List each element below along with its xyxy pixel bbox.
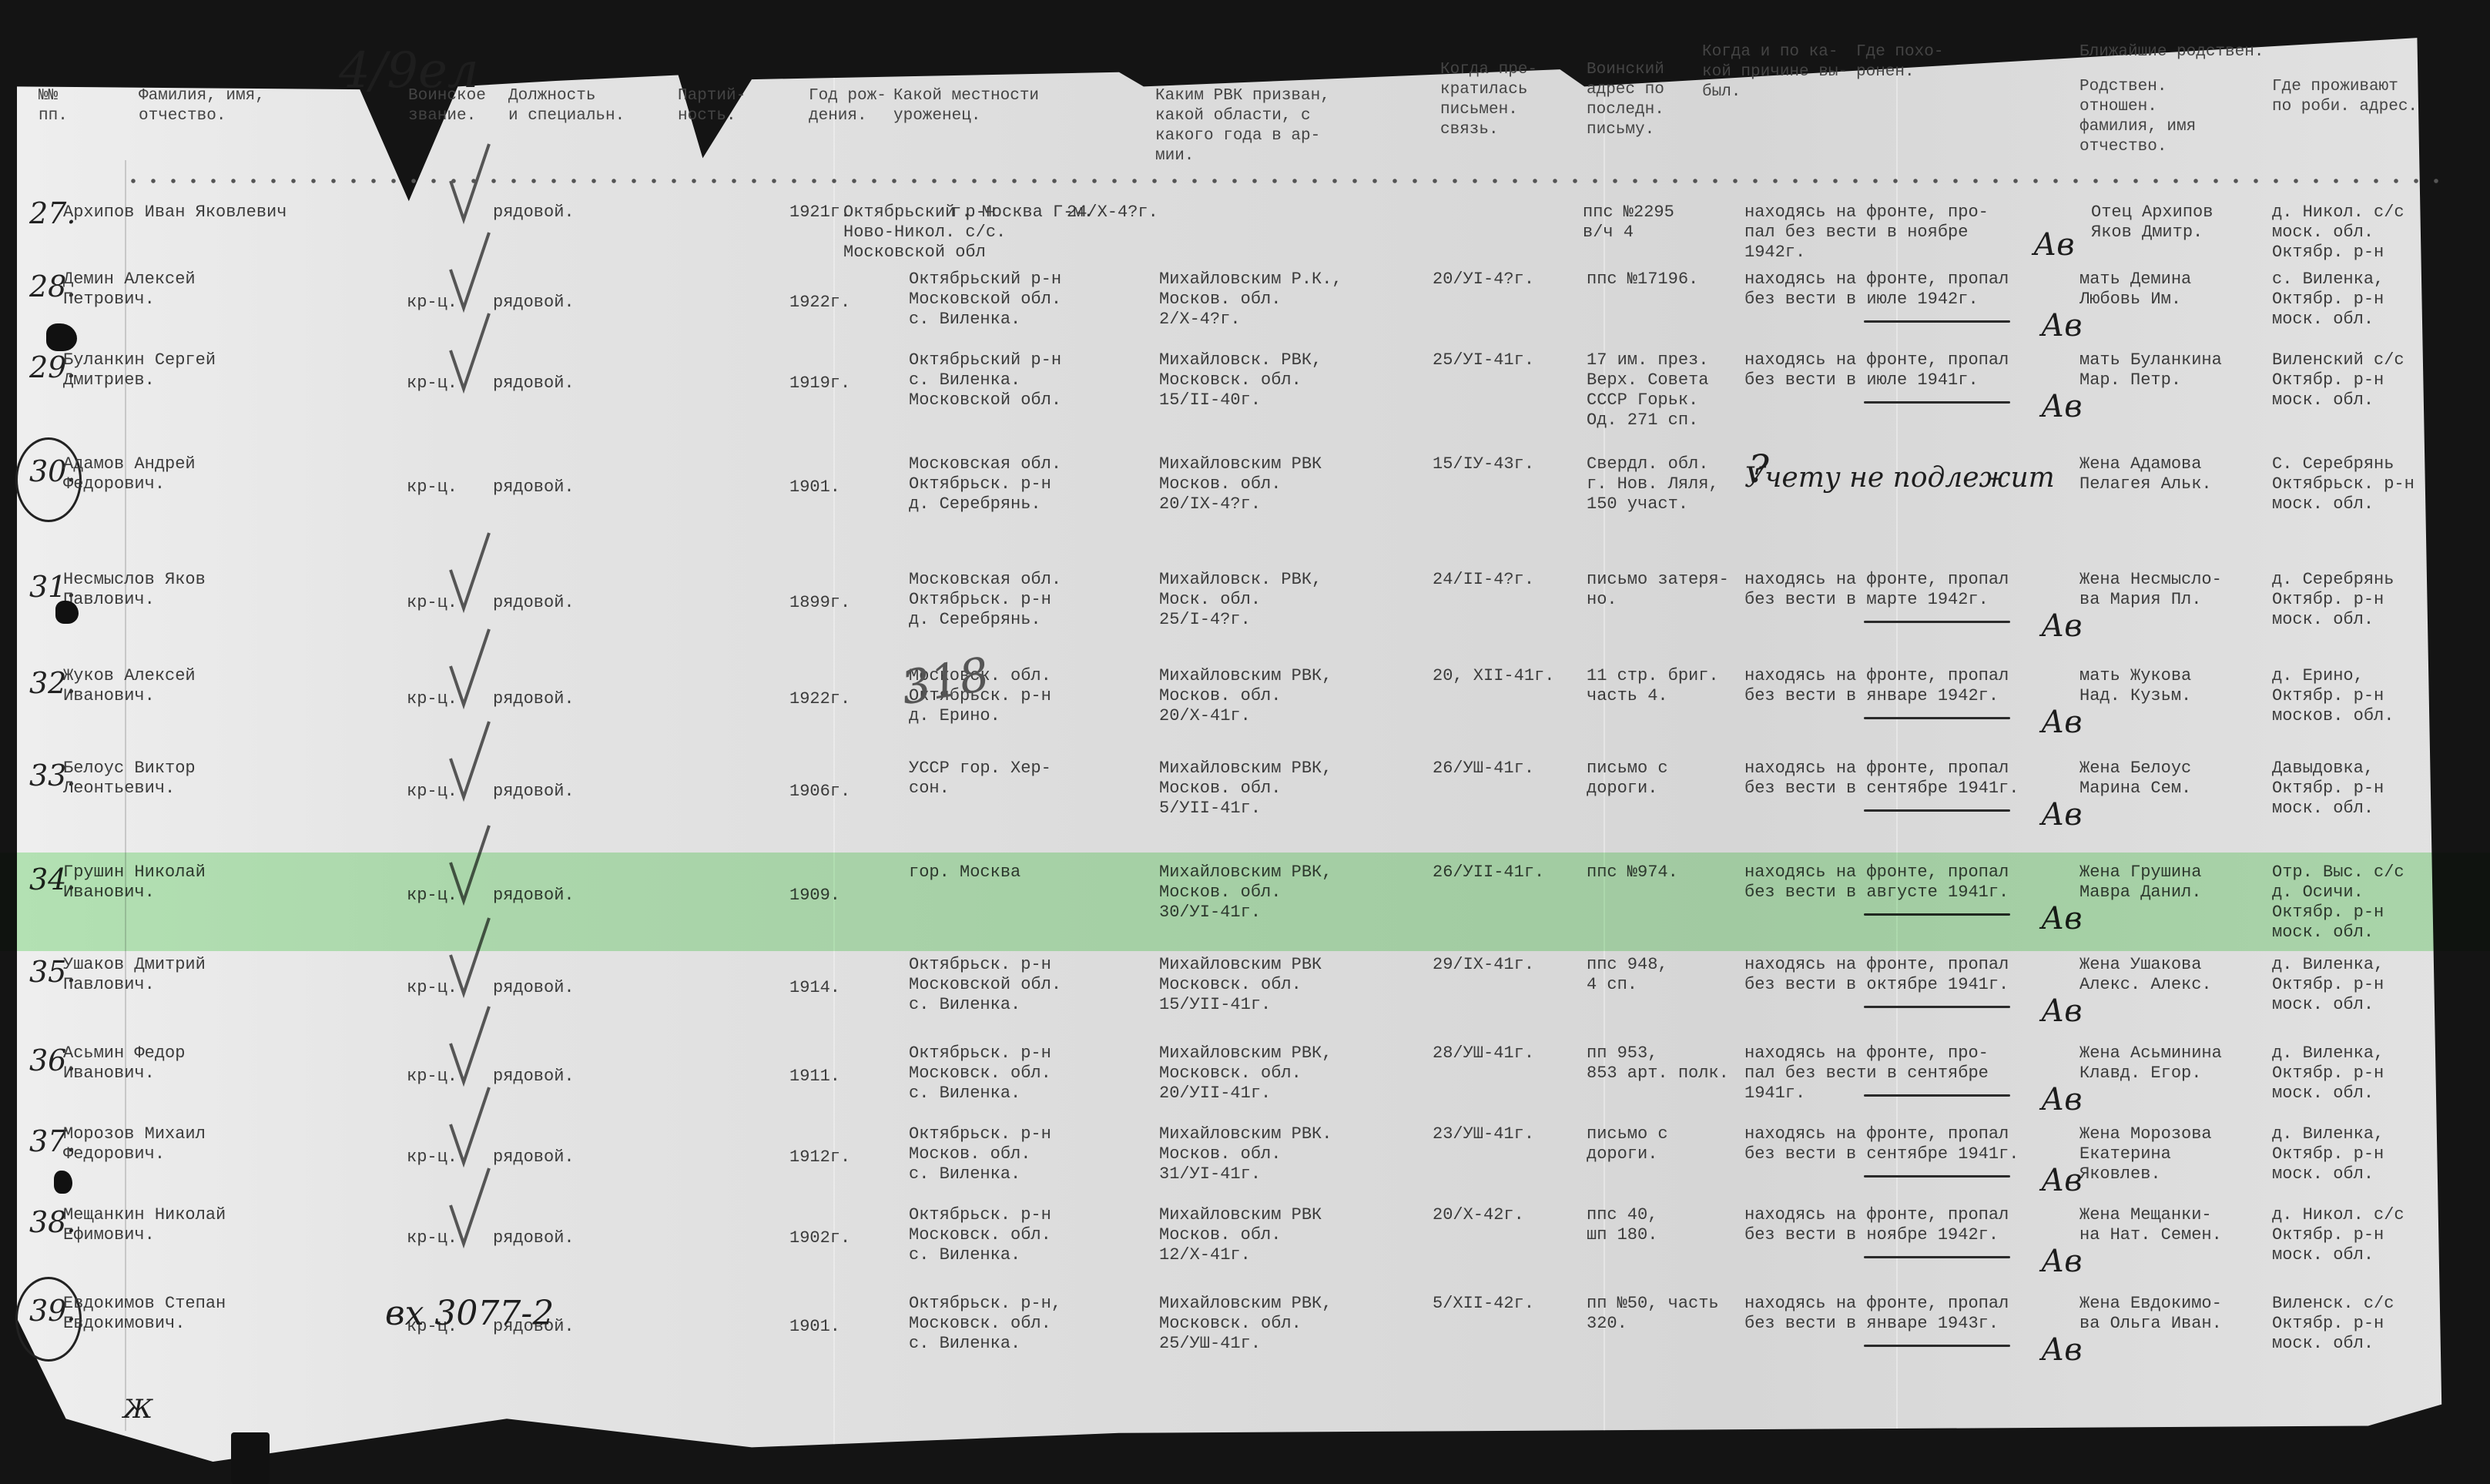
ink-underline <box>1864 1175 2010 1177</box>
unit-address-cell: пп №50, часть 320. <box>1587 1294 1719 1334</box>
residence-cell: д. Виленка, Октябр. р-н моск. обл. <box>2272 955 2384 1015</box>
reason-cell: находясь на фронте, пропал без вести в и… <box>1744 350 2009 390</box>
position-cell: рядовой. <box>493 593 575 613</box>
check-mark-icon <box>447 231 493 316</box>
ink-underline <box>1864 1006 2010 1008</box>
check-mark-icon <box>447 312 493 397</box>
birth-year-cell: 1914. <box>789 978 840 998</box>
residence-cell: Отр. Выс. с/с д. Осичи. Октябр. р-н моск… <box>2272 863 2405 943</box>
relatives-cell: мать Буланкина Мар. Петр. <box>2079 350 2222 390</box>
unit-address-cell: ппс 40, шп 180. <box>1587 1205 1657 1245</box>
name-cell: Демин Алексей Петрович. <box>63 270 196 310</box>
position-cell: рядовой. <box>493 782 575 802</box>
header-birthplace: Какой местности уроженец. <box>893 86 1039 126</box>
relatives-cell: Жена Ушакова Алекс. Алекс. <box>2079 955 2212 995</box>
birthplace-cell: УССР гор. Хер- сон. <box>909 759 1051 799</box>
question-mark: ? <box>1748 447 1769 491</box>
ink-underline <box>1864 809 2010 812</box>
last-letter-cell: 20/X-42г. <box>1433 1205 1524 1225</box>
birth-year-cell: 1909. <box>789 886 840 906</box>
last-letter-cell: 24/II-4?г. <box>1433 570 1534 590</box>
handwritten-overwrite: вх 3077-2 <box>385 1294 554 1333</box>
header-relatives: Ближайшие родствен. <box>2079 42 2264 62</box>
signature-initials: Ав <box>2041 705 2083 740</box>
birthplace-cell: Московская обл. Октябрьск. р-н д. Серебр… <box>909 454 1061 514</box>
drafted-cell: Михайловским РВК, Москов. обл. 5/УII-41г… <box>1159 759 1332 819</box>
position-cell: рядовой. <box>493 293 575 313</box>
reason-cell: находясь на фронте, про- пал без вести в… <box>1744 203 1989 263</box>
name-cell: Ушаков Дмитрий Павлович. <box>63 955 206 995</box>
header-residence: Где проживают по роби. адрес. <box>2272 77 2418 117</box>
residence-cell: С. Серебрянь Октябрьск. р-н моск. обл. <box>2272 454 2415 514</box>
check-mark-icon <box>447 531 493 616</box>
residence-cell: д. Виленка, Октябр. р-н моск. обл. <box>2272 1124 2384 1184</box>
unit-address-cell: письмо с дороги. <box>1587 1124 1668 1164</box>
reason-cell: находясь на фронте, пропал без вести в н… <box>1744 1205 2009 1245</box>
signature-initials: Ав <box>2041 1082 2083 1117</box>
name-cell: Жуков Алексей Иванович. <box>63 666 196 706</box>
ink-underline <box>1864 913 2010 916</box>
header-last-letter: Когда пре- кратилась письмен. связь. <box>1440 60 1537 140</box>
relatives-cell: мать Демина Любовь Им. <box>2079 270 2191 310</box>
drafted-cell: Михайловским РВК. Москов. обл. 31/УI-41г… <box>1159 1124 1332 1184</box>
signature-initials: Ав <box>2041 797 2083 832</box>
header-rank: Воинское звание. <box>408 86 486 126</box>
last-letter-cell: 20, XII-41г. <box>1433 666 1554 686</box>
birthplace-cell: Октябрьский р-н с. Виленка. Московской о… <box>909 350 1061 410</box>
unit-address-cell: пп 953, 853 арт. полк. <box>1587 1043 1729 1084</box>
birthplace-cell: Московская обл. Октябрьск. р-н д. Серебр… <box>909 570 1061 630</box>
drafted-cell: Михайловским РВК, Москов. обл. 30/УI-41г… <box>1159 863 1332 923</box>
ink-underline <box>1864 621 2010 623</box>
relatives-cell: Жена Белоус Марина Сем. <box>2079 759 2191 799</box>
birth-year-cell: 1921г. <box>789 203 850 223</box>
header-reason: Когда и по ка- кой причине вы- был. <box>1702 42 1848 102</box>
birthplace-cell: гор. Москва <box>909 863 1020 883</box>
position-cell: рядовой. <box>493 689 575 709</box>
name-cell: Мещанкин Николай Ефимович. <box>63 1205 226 1245</box>
check-mark-icon <box>447 1005 493 1090</box>
relatives-cell: Жена Асьминина Клавд. Егор. <box>2079 1043 2222 1084</box>
position-cell: рядовой. <box>493 477 575 497</box>
reason-cell: находясь на фронте, пропал без вести в с… <box>1744 1124 2019 1164</box>
unit-address-cell: письмо затеря- но. <box>1587 570 1729 610</box>
paper-tear <box>231 1432 270 1484</box>
header-birth-year: Год рож- дения. <box>809 86 886 126</box>
check-mark-icon <box>447 916 493 1001</box>
relatives-cell: Жена Грушина Мавра Данил. <box>2079 863 2201 903</box>
birth-year-cell: 1919г. <box>789 374 850 394</box>
reason-cell: Учету не подлежит <box>1744 462 2055 494</box>
drafted-cell: Михайловским РВК Москов. обл. 12/X-41г. <box>1159 1205 1322 1265</box>
position-cell: рядовой. <box>493 1067 575 1087</box>
last-letter-cell: 20/УI-4?г. <box>1433 270 1534 290</box>
reason-cell: находясь на фронте, пропал без вести в м… <box>1744 570 2009 610</box>
residence-cell: д. Никол. с/с Октябр. р-н моск. обл. <box>2272 1205 2405 1265</box>
paper-hole <box>54 1171 72 1194</box>
header-buried: Где похо- ронен. <box>1856 42 1943 82</box>
position-cell: рядовой. <box>493 1147 575 1167</box>
last-letter-cell: 15/IУ-43г. <box>1433 454 1534 474</box>
birthplace-cell: Октябрьск. р-н Москов. обл. с. Виленка. <box>909 1124 1051 1184</box>
last-letter-cell: 29/IX-41г. <box>1433 955 1534 975</box>
birth-year-cell: 1901. <box>789 1317 840 1337</box>
residence-cell: Виленск. с/с Октябр. р-н моск. обл. <box>2272 1294 2394 1354</box>
signature-initials: Ав <box>2033 227 2075 263</box>
reason-cell: находясь на фронте, пропал без вести в о… <box>1744 955 2009 995</box>
last-letter-cell: 28/УШ-41г. <box>1433 1043 1534 1064</box>
signature-initials: Ав <box>2041 608 2083 644</box>
position-cell: рядовой. <box>493 374 575 394</box>
residence-cell: д. Никол. с/с моск. обл. Октябр. р-н <box>2272 203 2405 263</box>
unit-address-cell: Свердл. обл. г. Нов. Ляля, 150 участ. <box>1587 454 1719 514</box>
drafted-cell: Михайловским РВК, Московск. обл. 25/УШ-4… <box>1159 1294 1332 1354</box>
residence-cell: Давыдовка, Октябр. р-н моск. обл. <box>2272 759 2384 819</box>
birthplace-cell: Октябрьск. р-н Московск. обл. с. Виленка… <box>909 1043 1051 1104</box>
last-letter-cell: 23/УШ-41г. <box>1433 1124 1534 1144</box>
header-party: Партий- ность. <box>678 86 746 126</box>
signature-initials: Ав <box>2041 1163 2083 1198</box>
drafted-cell: Михайловским РВК Москов. обл. 20/IX-4?г. <box>1159 454 1322 514</box>
ink-underline <box>1864 320 2010 323</box>
birth-year-cell: 1912г. <box>789 1147 850 1167</box>
birthplace-cell: Октябрьский р-н Московской обл. с. Вилен… <box>909 270 1061 330</box>
last-letter-cell: 24/X-4?г. <box>1067 203 1158 223</box>
rank-cell: кр-ц. <box>407 477 457 497</box>
relatives-cell: мать Жукова Над. Кузьм. <box>2079 666 2191 706</box>
drafted-cell: Михайловск. РВК, Моск. обл. 25/I-4?г. <box>1159 570 1322 630</box>
header-unit-address: Воинский адрес по последн. письму. <box>1587 60 1664 140</box>
relatives-cell: Жена Адамова Пелагея Альк. <box>2079 454 2212 494</box>
signature-initials: Ав <box>2041 1244 2083 1279</box>
name-cell: Морозов Михаил Федорович. <box>63 1124 206 1164</box>
name-cell: Буланкин Сергей Дмитриев. <box>63 350 216 390</box>
birth-year-cell: 1902г. <box>789 1228 850 1248</box>
birthplace-cell: Октябрьск. р-н Московской обл. с. Виленк… <box>909 955 1061 1015</box>
relatives-cell: Жена Мещанки- на Нат. Семен. <box>2079 1205 2222 1245</box>
birth-year-cell: 1901. <box>789 477 840 497</box>
check-mark-icon <box>447 824 493 909</box>
unit-address-cell: ппс №2295 в/ч 4 <box>1583 203 1674 243</box>
name-cell: Грушин Николай Иванович. <box>63 863 206 903</box>
ink-underline <box>1864 1094 2010 1097</box>
paper-hole <box>46 323 77 351</box>
signature-initials: Ав <box>2041 308 2083 343</box>
birth-year-cell: 1899г. <box>789 593 850 613</box>
residence-cell: с. Виленка, Октябр. р-н моск. обл. <box>2272 270 2384 330</box>
check-mark-icon <box>447 720 493 805</box>
header-no: №№ пп. <box>39 86 68 126</box>
name-cell: Евдокимов Степан Евдокимович. <box>63 1294 226 1334</box>
last-letter-cell: 25/УI-41г. <box>1433 350 1534 370</box>
position-cell: рядовой. <box>493 886 575 906</box>
birthplace-cell: Октябрьск. р-н Московск. обл. с. Виленка… <box>909 1205 1051 1265</box>
residence-cell: д. Ерино, Октябр. р-н москов. обл. <box>2272 666 2394 726</box>
check-mark-icon <box>447 1167 493 1251</box>
ink-underline <box>1864 1256 2010 1258</box>
signature-initials: Ав <box>2041 901 2083 936</box>
name-cell: Асьмин Федор Иванович. <box>63 1043 185 1084</box>
birth-year-cell: 1922г. <box>789 689 850 709</box>
residence-cell: Виленский с/с Октябр. р-н моск. обл. <box>2272 350 2405 410</box>
unit-address-cell: ппс №17196. <box>1587 270 1698 290</box>
last-letter-cell: 26/УШ-41г. <box>1433 759 1534 779</box>
unit-address-cell: письмо с дороги. <box>1587 759 1668 799</box>
ink-underline <box>1864 717 2010 719</box>
check-mark-icon <box>447 628 493 712</box>
reason-cell: находясь на фронте, пропал без вести в я… <box>1744 1294 2009 1334</box>
reason-cell: находясь на фронте, пропал без вести в с… <box>1744 759 2019 799</box>
header-position: Должность и специальн. <box>508 86 625 126</box>
drafted-cell: Михайловским Р.К., Москов. обл. 2/X-4?г. <box>1159 270 1342 330</box>
fold-line <box>1604 29 1605 1462</box>
drafted-cell: Михайловским РВК, Московск. обл. 20/УII-… <box>1159 1043 1332 1104</box>
drafted-cell: Михайловск. РВК, Московск. обл. 15/II-40… <box>1159 350 1322 410</box>
ink-underline <box>1864 401 2010 404</box>
birth-year-cell: 1911. <box>789 1067 840 1087</box>
birthplace-cell: Октябрьск. р-н, Московск. обл. с. Виленк… <box>909 1294 1061 1354</box>
name-cell: Несмыслов Яков Павлович. <box>63 570 206 610</box>
last-letter-cell: 5/XII-42г. <box>1433 1294 1534 1314</box>
signature-initials: Ав <box>2041 389 2083 424</box>
unit-address-cell: 11 стр. бриг. часть 4. <box>1587 666 1719 706</box>
bottom-mark: Ж <box>123 1394 152 1425</box>
name-cell: Адамов Андрей Федорович. <box>63 454 196 494</box>
residence-cell: д. Серебрянь Октябр. р-н моск. обл. <box>2272 570 2394 630</box>
name-cell: Белоус Виктор Леонтьевич. <box>63 759 196 799</box>
reason-cell: находясь на фронте, пропал без вести в я… <box>1744 666 2009 706</box>
header-name: Фамилия, имя, отчество. <box>139 86 265 126</box>
drafted-cell: Михайловским РВК, Москов. обл. 20/X-41г. <box>1159 666 1332 726</box>
unit-address-cell: ппс №974. <box>1587 863 1678 883</box>
relatives-cell: Жена Морозова Екатерина Яковлев. <box>2079 1124 2212 1184</box>
birth-year-cell: 1906г. <box>789 782 850 802</box>
unit-address-cell: ппс 948, 4 сп. <box>1587 955 1668 995</box>
header-relation: Родствен. отношен. фамилия, имя отчество… <box>2079 77 2196 157</box>
paper-hole <box>55 601 79 624</box>
signature-initials: Ав <box>2041 993 2083 1029</box>
relatives-cell: Жена Несмысло- ва Мария Пл. <box>2079 570 2222 610</box>
unit-address-cell: 17 им. през. Верх. Совета СССР Горьк. Од… <box>1587 350 1708 430</box>
check-mark-icon <box>447 1086 493 1171</box>
position-cell: рядовой. <box>493 978 575 998</box>
reason-cell: находясь на фронте, пропал без вести в а… <box>1744 863 2009 903</box>
header-drafted: Каким РВК призван, какой области, с како… <box>1155 86 1330 166</box>
relatives-cell: Отец Архипов Яков Дмитр. <box>2091 203 2213 243</box>
relatives-cell: Жена Евдокимо- ва Ольга Иван. <box>2079 1294 2222 1334</box>
birth-year-cell: 1922г. <box>789 293 850 313</box>
position-cell: рядовой. <box>493 1228 575 1248</box>
drafted-cell: Михайловским РВК Московск. обл. 15/УII-4… <box>1159 955 1322 1015</box>
signature-initials: Ав <box>2041 1332 2083 1368</box>
reason-cell: находясь на фронте, пропал без вести в и… <box>1744 270 2009 310</box>
position-cell: рядовой. <box>493 203 575 223</box>
ink-underline <box>1864 1345 2010 1347</box>
last-letter-cell: 26/УII-41г. <box>1433 863 1544 883</box>
residence-cell: д. Виленка, Октябр. р-н моск. обл. <box>2272 1043 2384 1104</box>
name-cell: Архипов Иван Яковлевич <box>63 203 287 223</box>
check-mark-icon <box>447 142 493 227</box>
